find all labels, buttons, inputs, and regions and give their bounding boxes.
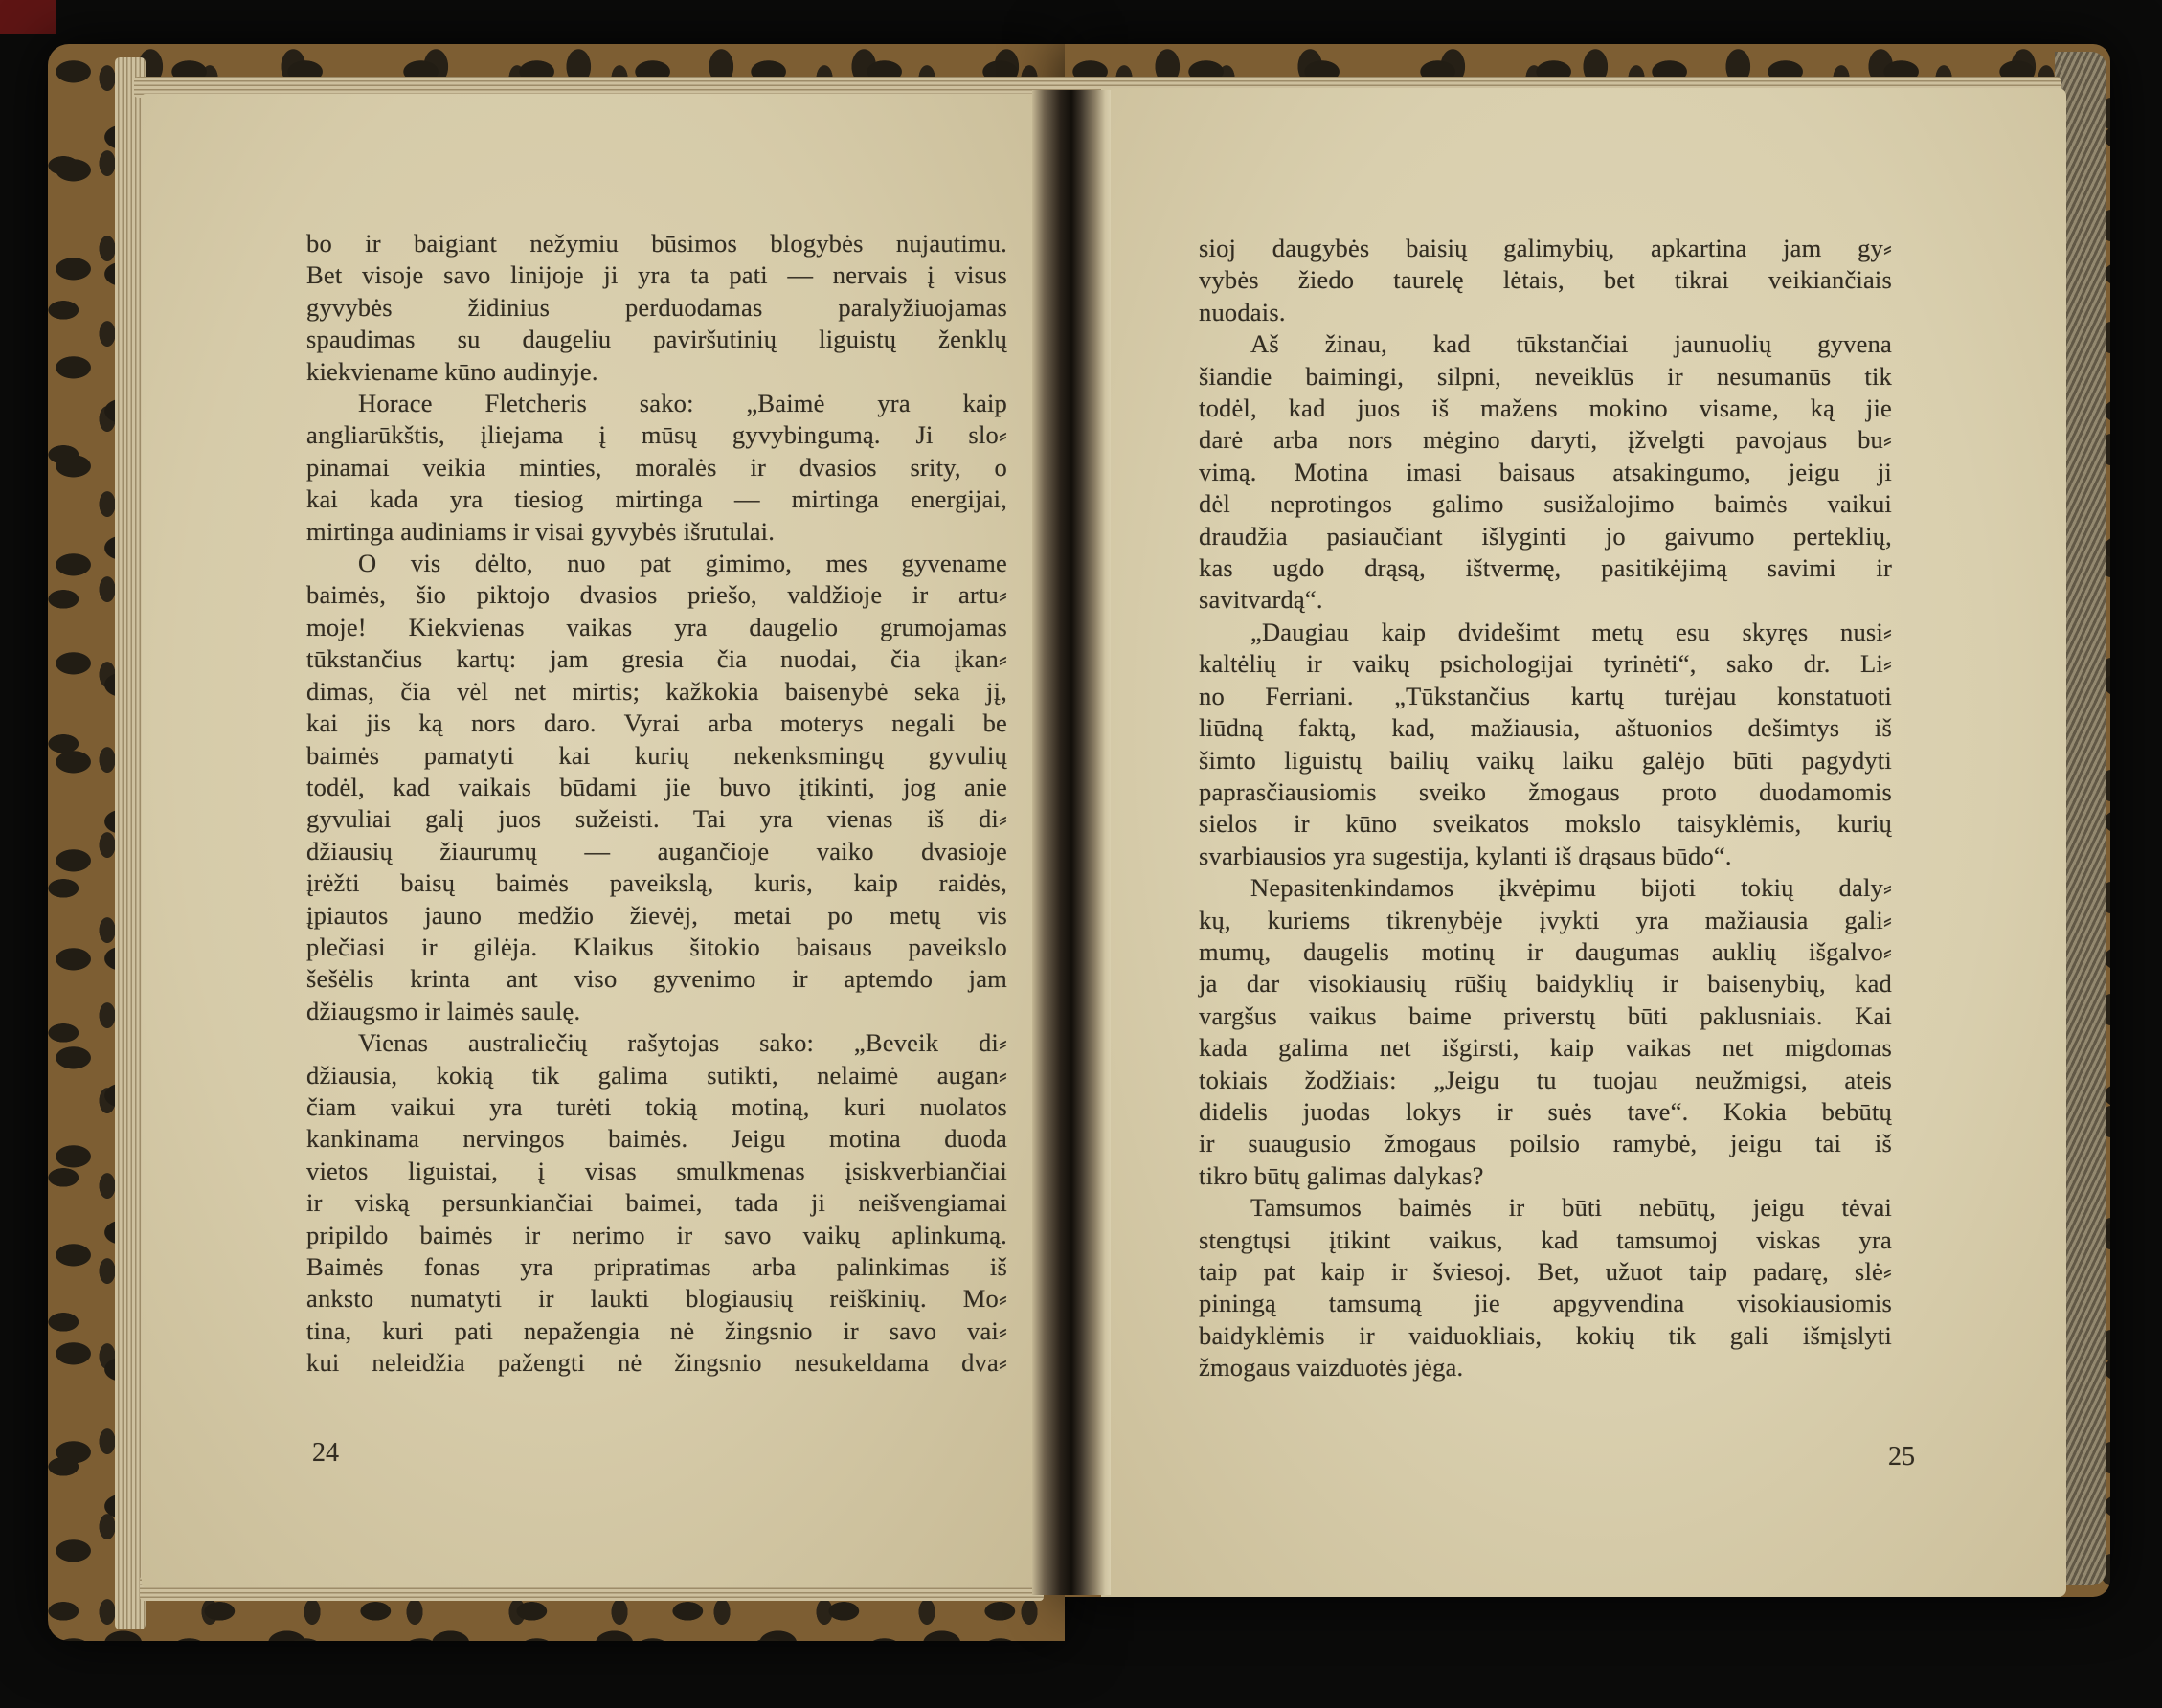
text-line: liūdną faktą, kad, mažiausia, aštuonios …: [1199, 712, 1892, 744]
text-line: šiandie baimingi, silpni, neveiklūs ir n…: [1199, 361, 1892, 393]
text-line: kiekviename kūno audinyje.: [306, 356, 1007, 388]
page-number-right: 25: [1888, 1442, 1915, 1472]
text-line: tūkstančius kartų: jam gresia čia nuodai…: [306, 643, 1007, 675]
paragraph: Horace Fletcheris sako: „Baimė yra kaipa…: [306, 388, 1007, 548]
text-line: šešėlis krinta ant viso gyvenimo ir apte…: [306, 963, 1007, 995]
red-corner-patch: [0, 0, 56, 34]
text-line: kada galima net išgirsti, kaip vaikas ne…: [1199, 1032, 1892, 1064]
text-line: mumų, daugelis motinų ir daugumas auklių…: [1199, 936, 1892, 968]
text-line: tikro būtų galimas dalykas?: [1199, 1160, 1892, 1192]
text-line: „Daugiau kaip dvidešimt metų esu skyręs …: [1199, 617, 1892, 648]
text-line: kui neleidžia pažengti nė žingsnio nesuk…: [306, 1347, 1007, 1379]
text-line: Aš žinau, kad tūkstančiai jaunuolių gyve…: [1199, 328, 1892, 360]
text-line: draudžia pasiaučiant išlyginti jo gaivum…: [1199, 521, 1892, 552]
text-line: paprasčiausiomis sveiko žmogaus proto du…: [1199, 776, 1892, 808]
text-line: džiausių žiaurumų — augančioje vaiko dva…: [306, 836, 1007, 867]
text-line: savitvardą“.: [1199, 584, 1892, 616]
text-line: svarbiausios yra sugestija, kylanti iš d…: [1199, 841, 1892, 872]
text-line: anksto numatyti ir laukti blogiausių rei…: [306, 1283, 1007, 1315]
paragraph: sioj daugybės baisių galimybių, apkartin…: [1199, 233, 1892, 328]
text-line: vargšus vaikus baime priverstų būti pakl…: [1199, 1000, 1892, 1032]
text-line: čiam vaikui yra turėti tokią motiną, kur…: [306, 1091, 1007, 1123]
text-line: vietos liguistai, į visas smulkmenas įsi…: [306, 1156, 1007, 1187]
text-line: didelis juodas lokys ir suės tave“. Koki…: [1199, 1096, 1892, 1128]
text-line: baimės, šio piktojo dvasios priešo, vald…: [306, 579, 1007, 611]
paragraph: Vienas australiečių rašytojas sako: „Bev…: [306, 1027, 1007, 1379]
text-line: pripildo baimės ir nerimo ir savo vaikų …: [306, 1220, 1007, 1251]
text-line: sioj daugybės baisių galimybių, apkartin…: [1199, 233, 1892, 264]
text-line: dimas, čia vėl net mirtis; kažkokia bais…: [306, 676, 1007, 708]
text-line: kai kada yra tiesiog mirtinga — mirtinga…: [306, 483, 1007, 515]
text-line: taip pat kaip ir šviesoj. Bet, užuot tai…: [1199, 1256, 1892, 1288]
text-line: pinamai veikia minties, moralės ir dvasi…: [306, 452, 1007, 483]
text-line: Baimės fonas yra pripratimas arba palink…: [306, 1251, 1007, 1283]
paragraph: Aš žinau, kad tūkstančiai jaunuolių gyve…: [1199, 328, 1892, 617]
text-line: gyvuliai galį juos sužeisti. Tai yra vie…: [306, 803, 1007, 835]
text-line: šimto liguistų bailių vaikų laiku galėjo…: [1199, 745, 1892, 776]
paragraph: „Daugiau kaip dvidešimt metų esu skyręs …: [1199, 617, 1892, 872]
text-line: Horace Fletcheris sako: „Baimė yra kaip: [306, 388, 1007, 419]
text-line: O vis dėlto, nuo pat gimimo, mes gyvenam…: [306, 548, 1007, 579]
text-line: tina, kuri pati nepažengia nė žingsnio i…: [306, 1315, 1007, 1347]
text-line: todėl, kad vaikais būdami jie buvo įtiki…: [306, 772, 1007, 803]
text-line: angliarūkštis, įliejama į mūsų gyvybingu…: [306, 419, 1007, 451]
text-line: džiausia, kokią tik galima sutikti, nela…: [306, 1060, 1007, 1091]
text-line: Vienas australiečių rašytojas sako: „Bev…: [306, 1027, 1007, 1059]
text-line: kankinama nervingos baimės. Jeigu motina…: [306, 1123, 1007, 1155]
text-line: Nepasitenkindamos įkvėpimu bijoti tokių …: [1199, 872, 1892, 904]
text-line: sielos ir kūno sveikatos mokslo taisyklė…: [1199, 808, 1892, 840]
text-line: įrėžti baisų baimės paveikslą, kuris, ka…: [306, 867, 1007, 899]
text-line: įpiautos jauno medžio žievėj, metai po m…: [306, 900, 1007, 932]
text-line: ja dar visokiausių rūšių baidyklių ir ba…: [1199, 968, 1892, 1000]
text-line: žmogaus vaizduotės jėga.: [1199, 1352, 1892, 1383]
text-line: bo ir baigiant nežymiu būsimos blogybės …: [306, 228, 1007, 259]
text-line: vybės žiedo taurelę lėtais, bet tikrai v…: [1199, 264, 1892, 296]
text-line: dėl neprotingos galimo susižalojimo baim…: [1199, 488, 1892, 520]
text-line: gyvybės židinius perduodamas paralyžiuoj…: [306, 292, 1007, 324]
text-line: kų, kuriems tikrenybėje įvykti yra mažia…: [1199, 905, 1892, 936]
text-line: baidyklėmis ir vaiduokliais, kokių tik g…: [1199, 1320, 1892, 1352]
text-line: spaudimas su daugeliu paviršutinių ligui…: [306, 324, 1007, 355]
text-line: piningą tamsumą jie apgyvendina visokiau…: [1199, 1288, 1892, 1319]
text-line: kaltėlių ir vaikų psichologijai tyrinėti…: [1199, 648, 1892, 680]
right-page-text: sioj daugybės baisių galimybių, apkartin…: [1199, 233, 1892, 1384]
text-line: Tamsumos baimės ir būti nebūtų, jeigu tė…: [1199, 1192, 1892, 1224]
text-line: moje! Kiekvienas vaikas yra daugelio gru…: [306, 612, 1007, 643]
text-line: no Ferriani. „Tūkstančius kartų turėjau …: [1199, 681, 1892, 712]
book-gutter: [1032, 90, 1111, 1595]
text-line: vimą. Motina imasi baisaus atsakingumo, …: [1199, 457, 1892, 488]
text-line: stengtųsi įtikint vaikus, kad tamsumoj v…: [1199, 1225, 1892, 1256]
page-number-left: 24: [312, 1438, 339, 1469]
text-line: kas ugdo drąsą, ištvermę, pasitikėjimą s…: [1199, 552, 1892, 584]
scanned-book-photo: bo ir baigiant nežymiu būsimos blogybės …: [0, 0, 2162, 1708]
paragraph: Tamsumos baimės ir būti nebūtų, jeigu tė…: [1199, 1192, 1892, 1383]
paragraph: O vis dėlto, nuo pat gimimo, mes gyvenam…: [306, 548, 1007, 1027]
text-line: plečiasi ir gilėja. Klaikus šitokio bais…: [306, 932, 1007, 963]
text-line: Bet visoje savo linijoje ji yra ta pati …: [306, 259, 1007, 291]
text-line: mirtinga audiniams ir visai gyvybės išru…: [306, 516, 1007, 548]
text-line: ir viską persunkiančiai baimei, tada ji …: [306, 1187, 1007, 1219]
text-line: džiaugsmo ir laimės saulę.: [306, 996, 1007, 1027]
text-line: ir suaugusio žmogaus poilsio ramybė, jei…: [1199, 1128, 1892, 1159]
text-line: kai jis ką nors daro. Vyrai arba moterys…: [306, 708, 1007, 739]
text-line: darė arba nors mėgino daryti, įžvelgti p…: [1199, 424, 1892, 456]
text-line: todėl, kad juos iš mažens mokino visame,…: [1199, 393, 1892, 424]
paragraph: Nepasitenkindamos įkvėpimu bijoti tokių …: [1199, 872, 1892, 1192]
text-line: nuodais.: [1199, 297, 1892, 328]
left-page-text: bo ir baigiant nežymiu būsimos blogybės …: [306, 228, 1007, 1380]
paragraph: bo ir baigiant nežymiu būsimos blogybės …: [306, 228, 1007, 388]
text-line: baimės pamatyti kai kurių nekenksmingų g…: [306, 740, 1007, 772]
text-line: tokiais žodžiais: „Jeigu tu tuojau neužm…: [1199, 1065, 1892, 1096]
